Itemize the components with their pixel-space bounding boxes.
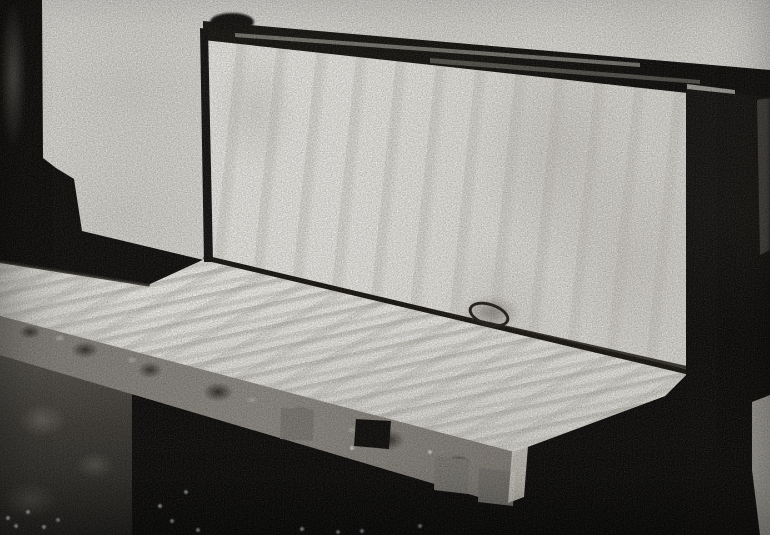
right-band-highlight — [0, 0, 770, 535]
bottom-right-floor — [0, 0, 770, 535]
photo-open-padded-case — [0, 0, 770, 535]
front-rail — [0, 0, 770, 535]
lid-top-edge-gap — [0, 0, 770, 535]
print-artifact-patch — [0, 0, 770, 535]
print-artifacts — [0, 0, 770, 535]
lid-left-edge — [0, 0, 770, 535]
tray-back-edge — [0, 260, 150, 287]
photo-vignette — [0, 0, 770, 535]
lid-panel — [0, 0, 770, 535]
background-wall — [0, 0, 770, 535]
tray-corner-highlight — [0, 0, 770, 535]
cast-shadow — [0, 0, 770, 535]
lid-top-edge-highlight — [0, 0, 770, 535]
quilted-lining — [0, 0, 770, 535]
lid-right-end — [0, 0, 770, 535]
print-artifact-patch — [0, 0, 770, 535]
print-artifact-patch — [0, 0, 770, 535]
floor-left — [0, 0, 770, 535]
doorframe-dark-left — [0, 0, 770, 535]
rail-dark-slot — [0, 0, 770, 535]
halftone-grain-dark — [0, 0, 770, 535]
lid-smudge — [0, 0, 26, 150]
lid-top-edge — [0, 0, 770, 535]
halftone-grain-light — [0, 0, 770, 535]
lid-top-edge-speckle — [0, 0, 770, 535]
lid-corner-hinge — [210, 13, 254, 31]
